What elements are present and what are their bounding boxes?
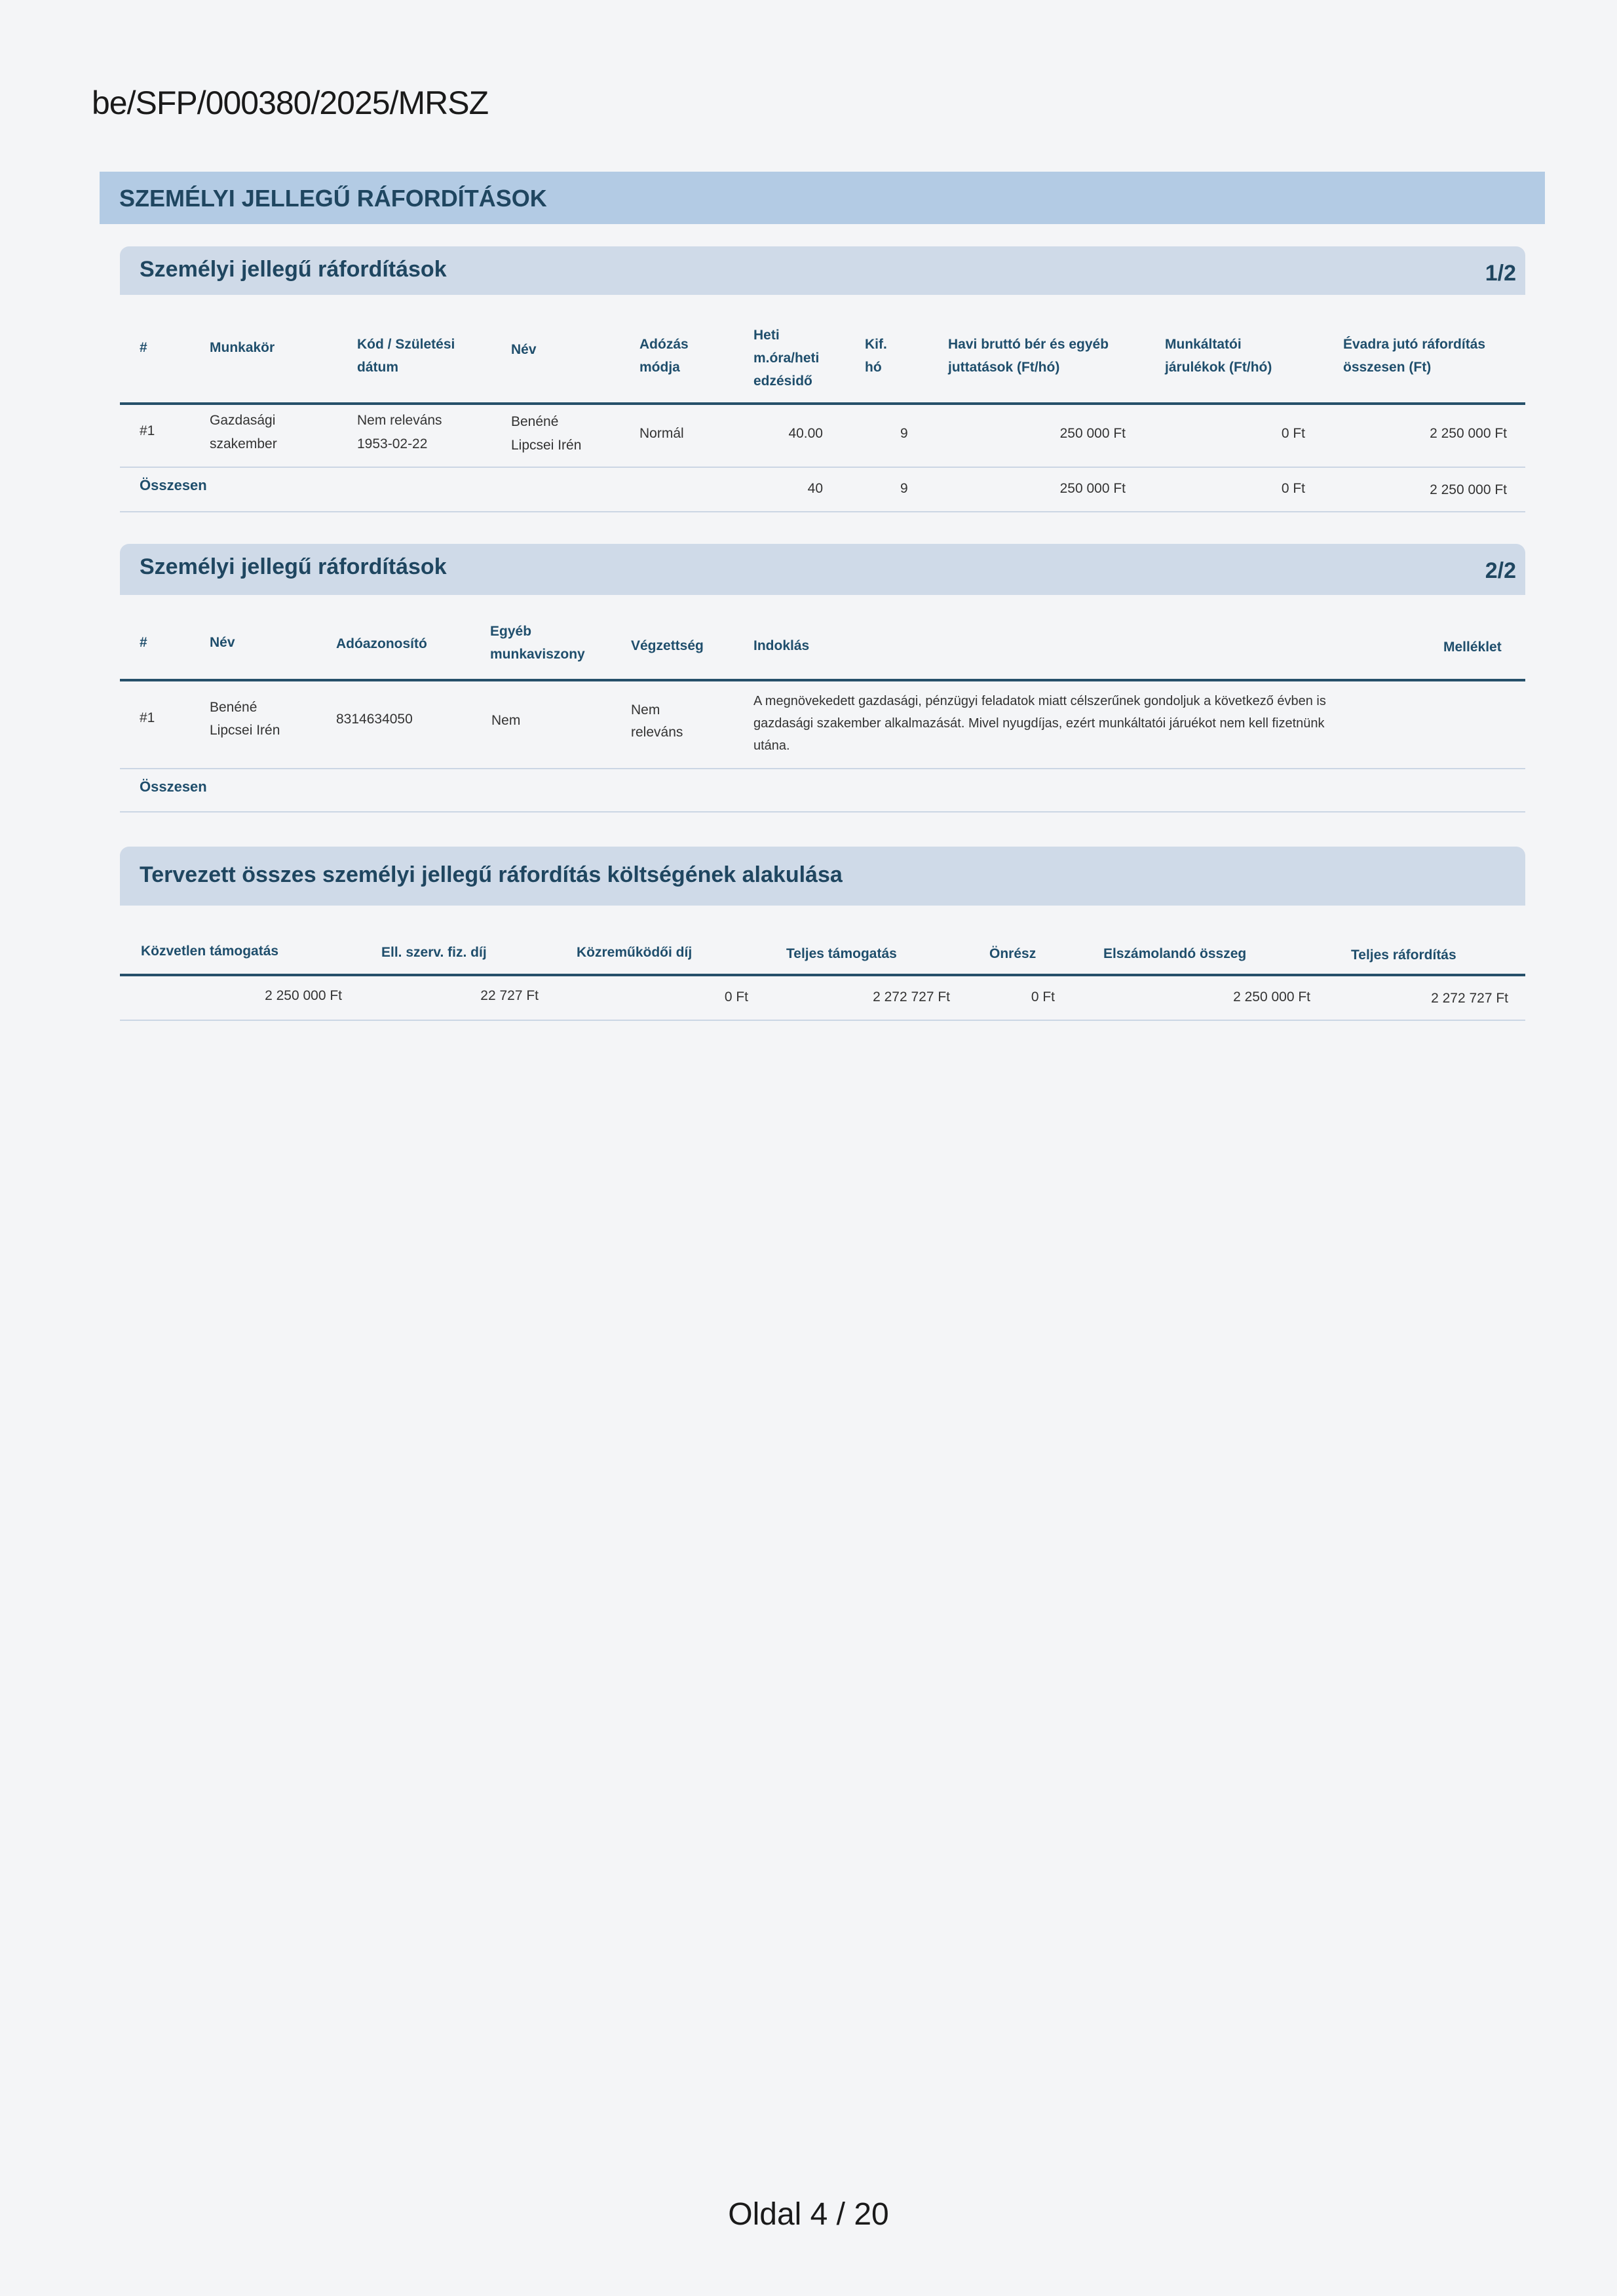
- t3-col-kozvetlen: Közvetlen támogatás: [141, 940, 278, 963]
- table2-pager: 2/2: [1485, 558, 1516, 584]
- table1-pager: 1/2: [1485, 261, 1516, 286]
- t1-row-munkaltatoi: 0 Ft: [1179, 422, 1305, 446]
- t2-row-nev-2: Lipcsei Irén: [210, 719, 280, 742]
- t2-col-egyeb-2: munkaviszony: [490, 643, 585, 666]
- t3-col-onresz: Önrész: [989, 942, 1036, 965]
- t3-col-elszamolando: Elszámolandó összeg: [1103, 942, 1246, 965]
- main-heading: SZEMÉLYI JELLEGŰ RÁFORDÍTÁSOK: [119, 185, 547, 212]
- t1-row-havi: 250 000 Ft: [983, 422, 1126, 446]
- t2-row-vegzettseg-1: Nem: [631, 698, 660, 722]
- document-reference: be/SFP/000380/2025/MRSZ: [92, 84, 488, 122]
- t1-col-havi-2: juttatások (Ft/hó): [948, 356, 1059, 379]
- t1-col-nev: Név: [511, 338, 537, 361]
- t2-col-indoklas: Indoklás: [753, 634, 809, 657]
- t1-col-kod-1: Kód / Születési: [357, 333, 455, 356]
- t2-total-label: Összesen: [140, 778, 207, 795]
- t3-val-kozremukodoi: 0 Ft: [622, 985, 748, 1009]
- t1-row-munkakor-2: szakember: [210, 432, 277, 456]
- t1-col-munkaltatoi-2: járulékok (Ft/hó): [1165, 356, 1272, 379]
- t2-row-indoklas-1: A megnövekedett gazdasági, pénzügyi fela…: [753, 689, 1326, 713]
- t1-row-divider: [120, 467, 1525, 468]
- t1-col-evadra-2: összesen (Ft): [1343, 356, 1431, 379]
- t1-col-heti-1: Heti: [753, 324, 780, 347]
- table2-header-bar: Személyi jellegű ráfordítások 2/2: [120, 544, 1525, 595]
- table3-header-bar: Tervezett összes személyi jellegű ráford…: [120, 847, 1525, 906]
- t1-total-havi: 250 000 Ft: [983, 477, 1126, 501]
- t1-col-adozas-1: Adózás: [639, 333, 689, 356]
- t1-col-heti-3: edzésidő: [753, 370, 812, 392]
- t2-row-divider: [120, 768, 1525, 769]
- t1-header-rule: [120, 402, 1525, 405]
- t2-row-indoklas-2: gazdasági szakember alkalmazását. Mivel …: [753, 712, 1325, 735]
- t2-col-melleklet: Melléklet: [1443, 636, 1502, 659]
- t2-row-num: #1: [140, 706, 155, 730]
- t1-total-label: Összesen: [140, 477, 207, 494]
- t2-total-divider: [120, 811, 1525, 813]
- t2-row-egyeb: Nem: [491, 709, 520, 733]
- t1-row-nev-2: Lipcsei Irén: [511, 434, 581, 457]
- t1-col-munkaltatoi-1: Munkáltatói: [1165, 333, 1242, 356]
- t2-col-num: #: [140, 631, 147, 654]
- t1-row-num: #1: [140, 419, 155, 443]
- t3-val-ell-szerv: 22 727 Ft: [393, 984, 539, 1008]
- main-heading-bar: SZEMÉLYI JELLEGŰ RÁFORDÍTÁSOK: [100, 172, 1545, 224]
- t1-col-evadra-1: Évadra jutó ráfordítás: [1343, 333, 1485, 356]
- page-number: Oldal 4 / 20: [0, 2196, 1617, 2232]
- table1-header-bar: Személyi jellegű ráfordítások 1/2: [120, 246, 1525, 295]
- t3-col-kozremukodoi: Közreműködői díj: [577, 941, 692, 964]
- t1-row-adozas: Normál: [639, 422, 684, 446]
- t3-val-teljes-tamogatas: 2 272 727 Ft: [786, 985, 950, 1009]
- t1-col-heti-2: m.óra/heti: [753, 347, 819, 370]
- t1-col-havi-1: Havi bruttó bér és egyéb: [948, 333, 1109, 356]
- t3-col-teljes-tamogatas: Teljes támogatás: [786, 942, 897, 965]
- t1-col-kod-2: dátum: [357, 356, 398, 379]
- t2-col-adoazonosito: Adóazonosító: [336, 632, 427, 655]
- t1-col-munkakor: Munkakör: [210, 336, 275, 359]
- t3-val-kozvetlen: 2 250 000 Ft: [197, 984, 342, 1008]
- t3-val-onresz: 0 Ft: [983, 985, 1055, 1009]
- t3-header-rule: [120, 974, 1525, 976]
- t1-col-kif-1: Kif.: [865, 333, 887, 356]
- t3-col-ell-szerv: Ell. szerv. fiz. díj: [381, 941, 487, 964]
- t2-col-egyeb-1: Egyéb: [490, 620, 531, 643]
- t2-row-vegzettseg-2: releváns: [631, 721, 683, 744]
- t2-row-nev-1: Benéné: [210, 696, 257, 719]
- t2-header-rule: [120, 679, 1525, 681]
- t1-row-heti: 40.00: [753, 422, 823, 446]
- t2-row-indoklas-3: utána.: [753, 734, 790, 757]
- table1-title: Személyi jellegű ráfordítások: [140, 257, 447, 282]
- t1-total-divider: [120, 511, 1525, 512]
- t1-total-heti: 40: [753, 477, 823, 501]
- t2-col-vegzettseg: Végzettség: [631, 634, 704, 657]
- t1-row-munkakor-1: Gazdasági: [210, 409, 275, 432]
- t3-row-divider: [120, 1020, 1525, 1021]
- t1-col-adozas-2: módja: [639, 356, 680, 379]
- t2-row-adoazonosito: 8314634050: [336, 708, 413, 731]
- t1-row-kod-1: Nem releváns: [357, 409, 442, 432]
- t1-total-munkaltatoi: 0 Ft: [1179, 477, 1305, 501]
- t1-col-num: #: [140, 336, 147, 359]
- t1-row-nev-1: Benéné: [511, 410, 558, 434]
- t1-row-kif: 9: [900, 422, 908, 446]
- t1-total-kif: 9: [900, 477, 908, 501]
- t1-col-kif-2: hó: [865, 356, 882, 379]
- t3-val-teljes-raforditas: 2 272 727 Ft: [1343, 987, 1508, 1010]
- t2-col-nev: Név: [210, 631, 235, 654]
- t3-val-elszamolando: 2 250 000 Ft: [1147, 985, 1310, 1009]
- t3-col-teljes-raforditas: Teljes ráfordítás: [1351, 944, 1456, 966]
- t1-row-kod-2: 1953-02-22: [357, 432, 427, 456]
- table3-title: Tervezett összes személyi jellegű ráford…: [140, 862, 843, 888]
- table2-title: Személyi jellegű ráfordítások: [140, 554, 447, 580]
- t1-total-evadra: 2 250 000 Ft: [1343, 478, 1507, 502]
- t1-row-evadra: 2 250 000 Ft: [1343, 422, 1507, 446]
